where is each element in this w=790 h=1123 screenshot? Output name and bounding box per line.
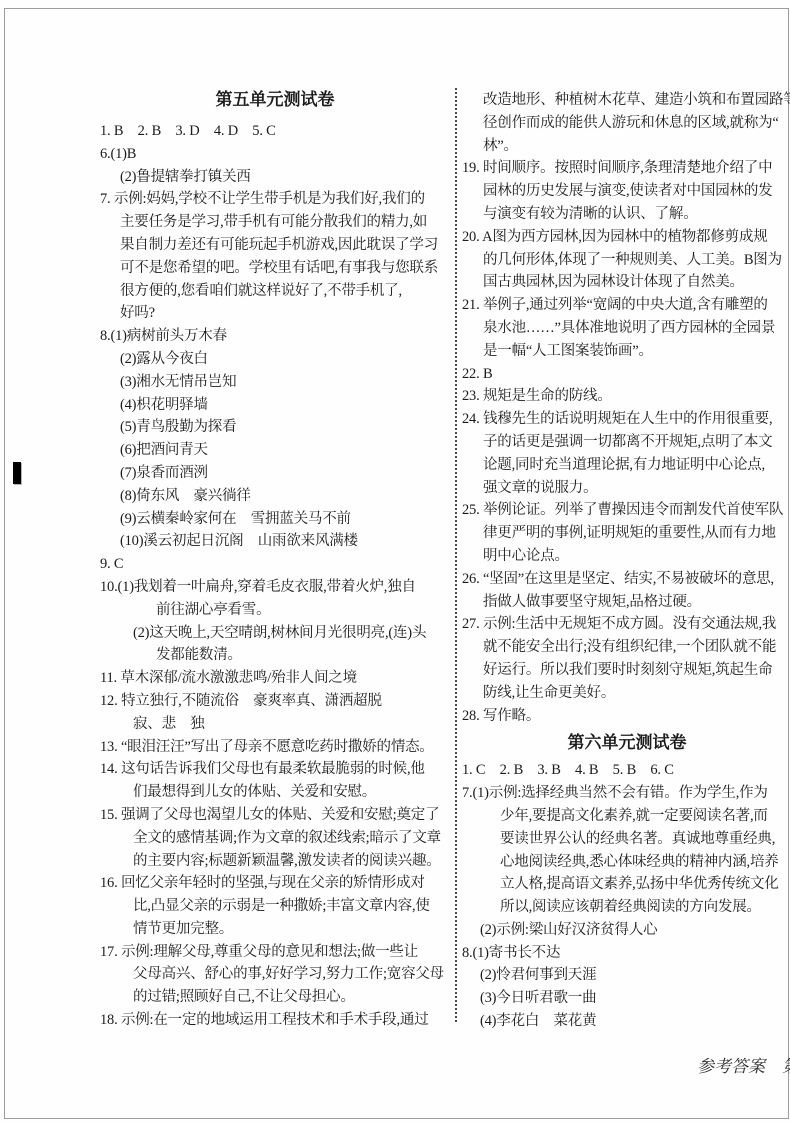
answer-line: 比,凸显父亲的示弱是一种撒娇;丰富文章内容,使: [100, 895, 450, 918]
answer-line: (3)湘水无情吊岂知: [100, 371, 450, 394]
column-divider: [455, 88, 457, 1022]
answer-line: 主要任务是学习,带手机有可能分散我们的精力,如: [100, 211, 450, 234]
answer-line: 园林的历史发展与演变,使读者对中国园林的发: [462, 180, 790, 203]
answer-line: 27. 示例:生活中无规矩不成方圆。没有交通法规,我: [462, 613, 790, 636]
answer-line: (2)示例:梁山好汉济贫得人心: [462, 919, 790, 942]
answer-line: 强文章的说服力。: [462, 477, 790, 500]
answer-line: 12. 特立独行,不随流俗 豪爽率真、潇洒超脱: [100, 690, 450, 713]
answer-line: 7. 示例:妈妈,学校不让学生带手机是为我们好,我们的: [100, 188, 450, 211]
answer-line: 21. 举例子,通过列举“宽阔的中央大道,含有雕塑的: [462, 294, 790, 317]
answer-line: 律更严明的事例,证明规矩的重要性,从而有力地: [462, 522, 790, 545]
answer-line: 可不是您希望的吧。学校里有话吧,有事我与您联系: [100, 257, 450, 280]
answer-line: 28. 写作略。: [462, 705, 790, 728]
answer-line: 18. 示例:在一定的地域运用工程技术和手术手段,通过: [100, 1009, 450, 1032]
answer-line: 26. “坚固”在这里是坚定、结实,不易被破坏的意思,: [462, 568, 790, 591]
answer-line: 22. B: [462, 363, 790, 386]
answer-key-page: 第五单元测试卷1. B 2. B 3. D 4. D 5. C6.(1)B(2)…: [0, 0, 790, 1123]
answer-line: 9. C: [100, 553, 450, 576]
answer-line: 的过错;照顾好自己,不让父母担心。: [100, 986, 450, 1009]
answer-line: 们最想得到儿女的体贴、关爱和安慰。: [100, 781, 450, 804]
answer-line: (3)今日听君歌一曲: [462, 987, 790, 1010]
answer-line: 的主要内容;标题新颖温馨,激发读者的阅读兴趣。: [100, 850, 450, 873]
answer-line: 寂、悲 独: [100, 713, 450, 736]
answer-line: 子的话更是强调一切都离不开规矩,点明了本文: [462, 431, 790, 454]
answer-line: 国古典园林,因为园林设计体现了自然美。: [462, 271, 790, 294]
answer-line: 24. 钱穆先生的话说明规矩在人生中的作用很重要,: [462, 408, 790, 431]
footer-page-label: 参考答案 第: [697, 1052, 790, 1077]
answer-line: 是一幅“人工图案装饰画”。: [462, 340, 790, 363]
answer-line: 改造地形、种植树木花草、建造小筑和布置园路等: [462, 89, 790, 112]
answer-line: 好吗?: [100, 302, 450, 325]
answer-line: 好运行。所以我们要时时刻刻守规矩,筑起生命: [462, 659, 790, 682]
answer-line: (8)倚东风 豪兴徜徉: [100, 485, 450, 508]
answer-line: 8.(1)寄书长不达: [462, 942, 790, 965]
answer-line: 明中心论点。: [462, 545, 790, 568]
answer-line: (2)怜君何事到天涯: [462, 964, 790, 987]
answer-line: 很方便的,您看咱们就这样说好了,不带手机了,: [100, 280, 450, 303]
answer-line: 要读世界公认的经典名著。真诚地尊重经典,: [462, 828, 790, 851]
answer-line: (10)溪云初起日沉阁 山雨欲来风满楼: [100, 530, 450, 553]
answer-line: (6)把酒问青天: [100, 439, 450, 462]
answer-line: 全文的感情基调;作为文章的叙述线索;暗示了文章: [100, 827, 450, 850]
answer-line: 少年,要提高文化素养,就一定要阅读名著,而: [462, 805, 790, 828]
answer-line: (5)青鸟殷勤为探看: [100, 416, 450, 439]
answer-line: (2)这天晚上,天空晴朗,树林间月光很明亮,(连)头: [100, 622, 450, 645]
answer-line: 发都能数清。: [100, 644, 450, 667]
answer-line: (2)露从今夜白: [100, 348, 450, 371]
answer-line: (7)泉香而酒洌: [100, 462, 450, 485]
answer-line: 与演变有较为清晰的认识、了解。: [462, 203, 790, 226]
answer-line: 情节更加完整。: [100, 918, 450, 941]
answer-line: 林”。: [462, 135, 790, 158]
answer-line: 7.(1)示例:选择经典当然不会有错。作为学生,作为: [462, 782, 790, 805]
answer-line: 论题,同时充当道理论据,有力地证明中心论点,: [462, 454, 790, 477]
answer-line: 径创作而成的能供人游玩和休息的区域,就称为“: [462, 112, 790, 135]
answer-line: 25. 举例论证。列举了曹操因违令而割发代首使军队: [462, 499, 790, 522]
answer-line: 13. “眼泪汪汪”写出了母亲不愿意吃药时撒娇的情态。: [100, 736, 450, 759]
answer-line: 16. 回忆父亲年轻时的坚强,与现在父亲的矫情形成对: [100, 872, 450, 895]
answer-line: 20. A图为西方园林,因为园林中的植物都修剪成规: [462, 226, 790, 249]
answer-line: 19. 时间顺序。按照时间顺序,条理清楚地介绍了中: [462, 157, 790, 180]
answer-line: 果自制力差还有可能玩起手机游戏,因此耽误了学习: [100, 234, 450, 257]
answer-line: (4)枳花明驿墙: [100, 394, 450, 417]
answer-line: 1. B 2. B 3. D 4. D 5. C: [100, 120, 450, 143]
section-title: 第六单元测试卷: [462, 731, 790, 755]
answer-line: 10.(1)我划着一叶扁舟,穿着毛皮衣服,带着火炉,独自: [100, 576, 450, 599]
right-column: 改造地形、种植树木花草、建造小筑和布置园路等径创作而成的能供人游玩和休息的区域,…: [462, 89, 790, 1033]
answer-line: 心地阅读经典,悉心体味经典的精神内涵,培养: [462, 851, 790, 874]
answer-line: 泉水池……”具体准地说明了西方园林的全园景: [462, 317, 790, 340]
answer-line: 立人格,提高语文素养,弘扬中华优秀传统文化: [462, 873, 790, 896]
answer-line: (2)鲁提辖拳打镇关西: [100, 166, 450, 189]
section-title: 第五单元测试卷: [100, 88, 450, 112]
answer-line: 8.(1)病树前头万木春: [100, 325, 450, 348]
print-registration-mark: [13, 462, 21, 484]
answer-line: 防线,让生命更美好。: [462, 682, 790, 705]
answer-line: 的几何形体,体现了一种规则美、人工美。B图为: [462, 249, 790, 272]
answer-line: (9)云横秦岭家何在 雪拥蓝关马不前: [100, 508, 450, 531]
answer-line: (4)李花白 菜花黄: [462, 1010, 790, 1033]
answer-line: 11. 草木深郁/流水激激悲鸣/殆非人间之境: [100, 667, 450, 690]
answer-line: 指做人做事要坚守规矩,品格过硬。: [462, 591, 790, 614]
answer-line: 就不能安全出行;没有组织纪律,一个团队就不能: [462, 636, 790, 659]
answer-line: 父母高兴、舒心的事,好好学习,努力工作;宽容父母: [100, 963, 450, 986]
answer-line: 23. 规矩是生命的防线。: [462, 385, 790, 408]
answer-line: 前往湖心亭看雪。: [100, 599, 450, 622]
answer-line: 所以,阅读应该朝着经典阅读的方向发展。: [462, 896, 790, 919]
answer-line: 1. C 2. B 3. B 4. B 5. B 6. C: [462, 759, 790, 782]
answer-line: 15. 强调了父母也渴望儿女的体贴、关爱和安慰;奠定了: [100, 804, 450, 827]
answer-line: 6.(1)B: [100, 143, 450, 166]
answer-line: 14. 这句话告诉我们父母也有最柔软最脆弱的时候,他: [100, 758, 450, 781]
left-column: 第五单元测试卷1. B 2. B 3. D 4. D 5. C6.(1)B(2)…: [100, 88, 450, 1032]
answer-line: 17. 示例:理解父母,尊重父母的意见和想法;做一些让: [100, 941, 450, 964]
